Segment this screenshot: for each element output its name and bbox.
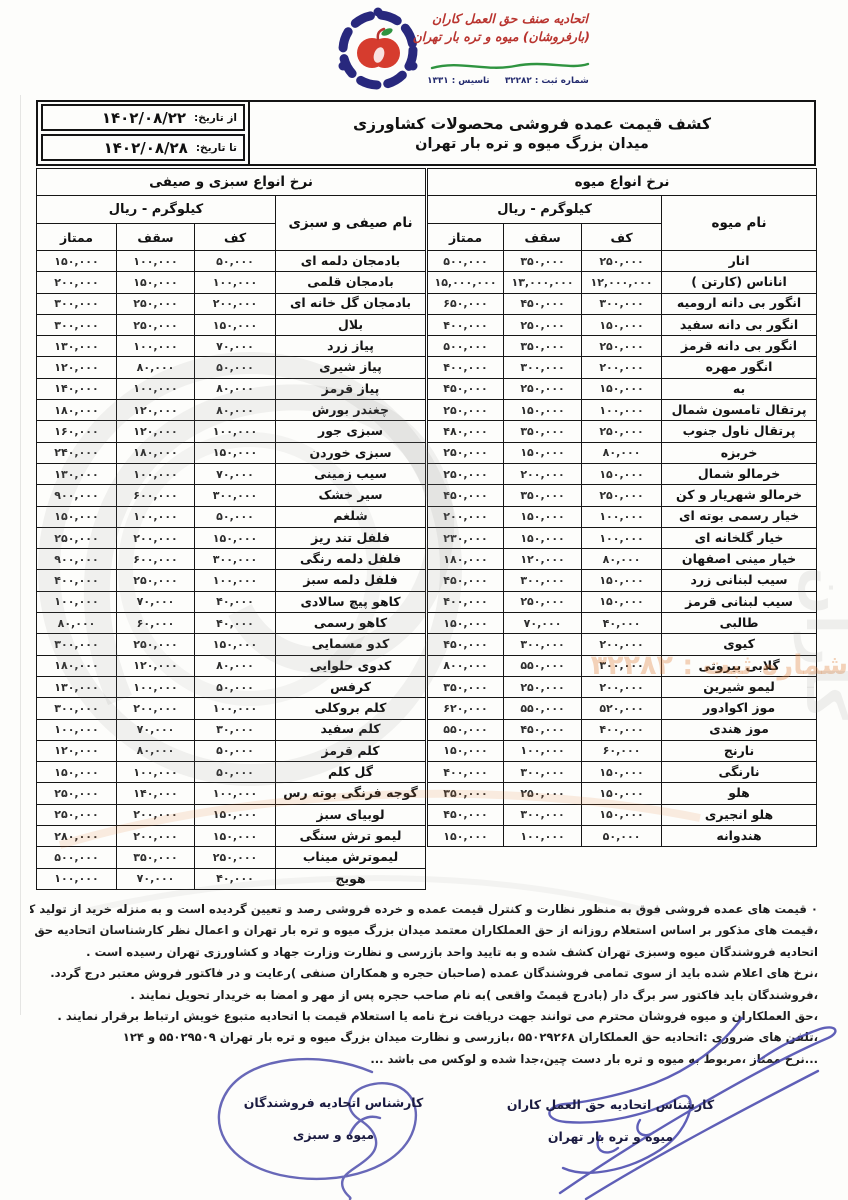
item-name-cell: خربزه bbox=[662, 442, 817, 463]
floor-price-cell: ۱۵۰,۰۰۰ bbox=[582, 591, 662, 612]
floor-price-cell: ۴۰,۰۰۰ bbox=[195, 613, 276, 634]
item-name-cell: انگور بی دانه قرمز bbox=[662, 336, 817, 357]
table-row: سیر خشک۳۰۰,۰۰۰۶۰۰,۰۰۰۹۰۰,۰۰۰ bbox=[37, 485, 426, 506]
item-name-cell: انگور بی دانه سفید bbox=[662, 314, 817, 335]
table-row: اناناس (کارتن )۱۲,۰۰۰,۰۰۰۱۳,۰۰۰,۰۰۰۱۵,۰۰… bbox=[428, 272, 817, 293]
item-name-cell: هلو انجیری bbox=[662, 804, 817, 825]
premium-price-cell: ۱۳۰,۰۰۰ bbox=[37, 463, 117, 484]
floor-price-cell: ۱۵۰,۰۰۰ bbox=[195, 804, 276, 825]
table-row: پرتقال تامسون شمال۱۰۰,۰۰۰۱۵۰,۰۰۰۲۵۰,۰۰۰ bbox=[428, 400, 817, 421]
premium-price-cell: ۳۰۰,۰۰۰ bbox=[37, 314, 117, 335]
ceiling-price-cell: ۲۵۰,۰۰۰ bbox=[117, 634, 195, 655]
floor-price-cell: ۴۰۰,۰۰۰ bbox=[582, 719, 662, 740]
item-name-cell: خیار گلخانه ای bbox=[662, 527, 817, 548]
premium-price-cell: ۲۳۰,۰۰۰ bbox=[428, 527, 504, 548]
logo-registration-number: شماره ثبت : ۳۲۲۸۲ bbox=[505, 76, 589, 86]
premium-price-cell: ۱۴۰,۰۰۰ bbox=[37, 378, 117, 399]
union-logo: اتحادیه صنف حق العمل کاران (بارفروشان) م… bbox=[334, 4, 590, 98]
table-row: گلابی بیروتی۳۰۰,۰۰۰۵۵۰,۰۰۰۸۰۰,۰۰۰ bbox=[428, 655, 817, 676]
floor-price-cell: ۲۵۰,۰۰۰ bbox=[582, 421, 662, 442]
item-name-cell: انار bbox=[662, 251, 817, 272]
ceiling-price-cell: ۶۰۰,۰۰۰ bbox=[117, 485, 195, 506]
table-row: بلال۱۵۰,۰۰۰۲۵۰,۰۰۰۳۰۰,۰۰۰ bbox=[37, 314, 426, 335]
fruit-name-header: نام میوه bbox=[662, 196, 817, 251]
item-name-cell: نارنگی bbox=[662, 762, 817, 783]
to-date-cell: تا تاریخ: ۱۴۰۲/۰۸/۲۸ bbox=[41, 134, 245, 161]
footnote-line: ،حق العملکاران و میوه فروشان محترم می تو… bbox=[30, 1006, 818, 1027]
floor-price-cell: ۳۰۰,۰۰۰ bbox=[195, 549, 276, 570]
table-row: کاهو رسمی۴۰,۰۰۰۶۰,۰۰۰۸۰,۰۰۰ bbox=[37, 613, 426, 634]
item-name-cell: طالبی bbox=[662, 613, 817, 634]
table-row: خرمالو شمال۱۵۰,۰۰۰۲۰۰,۰۰۰۲۵۰,۰۰۰ bbox=[428, 463, 817, 484]
item-name-cell: خیار مینی اصفهان bbox=[662, 549, 817, 570]
premium-price-cell: ۴۰۰,۰۰۰ bbox=[37, 570, 117, 591]
table-row: پیاز شیری۵۰,۰۰۰۸۰,۰۰۰۱۲۰,۰۰۰ bbox=[37, 357, 426, 378]
ceiling-price-cell: ۱۲۰,۰۰۰ bbox=[117, 655, 195, 676]
header-divider bbox=[248, 102, 250, 164]
table-row: خربزه۸۰,۰۰۰۱۵۰,۰۰۰۲۵۰,۰۰۰ bbox=[428, 442, 817, 463]
premium-price-cell: ۶۲۰,۰۰۰ bbox=[428, 698, 504, 719]
premium-price-cell: ۱۶۰,۰۰۰ bbox=[37, 421, 117, 442]
ceiling-price-cell: ۲۵۰,۰۰۰ bbox=[117, 570, 195, 591]
floor-price-cell: ۱۵۰,۰۰۰ bbox=[582, 783, 662, 804]
item-name-cell: هلو bbox=[662, 783, 817, 804]
item-name-cell: فلفل تند ریز bbox=[276, 527, 426, 548]
premium-price-cell: ۴۸۰,۰۰۰ bbox=[428, 421, 504, 442]
ceiling-price-cell: ۸۰,۰۰۰ bbox=[117, 357, 195, 378]
premium-price-cell: ۹۰۰,۰۰۰ bbox=[37, 485, 117, 506]
table-row: لیمو ترش سنگی۱۵۰,۰۰۰۲۰۰,۰۰۰۲۸۰,۰۰۰ bbox=[37, 826, 426, 847]
floor-price-cell: ۶۰,۰۰۰ bbox=[582, 740, 662, 761]
ceiling-price-cell: ۳۰۰,۰۰۰ bbox=[504, 570, 582, 591]
premium-price-cell: ۲۵۰,۰۰۰ bbox=[428, 400, 504, 421]
footnote-line: اتحادیه فروشندگان میوه وسبزی تهران کشف ش… bbox=[30, 942, 818, 963]
floor-price-cell: ۴۰,۰۰۰ bbox=[195, 868, 276, 889]
floor-price-cell: ۱۰۰,۰۰۰ bbox=[582, 400, 662, 421]
table-row: طالبی۴۰,۰۰۰۷۰,۰۰۰۱۵۰,۰۰۰ bbox=[428, 613, 817, 634]
logo-title-line1: اتحادیه صنف حق العمل کاران bbox=[430, 10, 590, 28]
floor-price-cell: ۵۰,۰۰۰ bbox=[582, 826, 662, 847]
logo-registration: شماره ثبت : ۳۲۲۸۲ تاسیس : ۱۳۳۱ bbox=[418, 76, 598, 86]
floor-price-cell: ۲۰۰,۰۰۰ bbox=[195, 293, 276, 314]
right-signature-line2: میوه و تره بار تهران bbox=[498, 1128, 723, 1146]
floor-price-cell: ۱۰۰,۰۰۰ bbox=[195, 783, 276, 804]
fruit-price-table: نرخ انواع میوه نام میوه کیلوگرم - ریال ک… bbox=[427, 168, 817, 847]
floor-price-cell: ۵۰,۰۰۰ bbox=[195, 357, 276, 378]
item-name-cell: کلم بروکلی bbox=[276, 698, 426, 719]
item-name-cell: بادمجان گل خانه ای bbox=[276, 293, 426, 314]
footnote-line: ،فروشندگان باید فاکتور سر برگ دار (بادرج… bbox=[30, 985, 818, 1006]
from-date-cell: از تاریخ: ۱۴۰۲/۰۸/۲۲ bbox=[41, 104, 245, 131]
table-row: کاهو پیچ سالادی۴۰,۰۰۰۷۰,۰۰۰۱۰۰,۰۰۰ bbox=[37, 591, 426, 612]
ceiling-price-cell: ۶۰,۰۰۰ bbox=[117, 613, 195, 634]
table-row: موز اکوادور۵۲۰,۰۰۰۵۵۰,۰۰۰۶۲۰,۰۰۰ bbox=[428, 698, 817, 719]
table-row: خیار گلخانه ای۱۰۰,۰۰۰۱۵۰,۰۰۰۲۳۰,۰۰۰ bbox=[428, 527, 817, 548]
table-row: پیاز قرمز۸۰,۰۰۰۱۰۰,۰۰۰۱۴۰,۰۰۰ bbox=[37, 378, 426, 399]
ceiling-price-cell: ۲۵۰,۰۰۰ bbox=[117, 314, 195, 335]
table-row: کلم قرمز۵۰,۰۰۰۸۰,۰۰۰۱۲۰,۰۰۰ bbox=[37, 740, 426, 761]
item-name-cell: گلابی بیروتی bbox=[662, 655, 817, 676]
item-name-cell: لوبیای سبز bbox=[276, 804, 426, 825]
table-row: بادمجان دلمه ای۵۰,۰۰۰۱۰۰,۰۰۰۱۵۰,۰۰۰ bbox=[37, 251, 426, 272]
floor-price-cell: ۵۲۰,۰۰۰ bbox=[582, 698, 662, 719]
fruit-section-title: نرخ انواع میوه bbox=[428, 169, 817, 196]
union-emblem-icon bbox=[334, 6, 422, 94]
left-signature-line1: کارشناس اتحادیه فروشندگان bbox=[236, 1094, 431, 1112]
ceiling-price-cell: ۱۳,۰۰۰,۰۰۰ bbox=[504, 272, 582, 293]
item-name-cell: فلفل دلمه رنگی bbox=[276, 549, 426, 570]
floor-price-cell: ۳۰۰,۰۰۰ bbox=[582, 293, 662, 314]
floor-price-cell: ۲۰۰,۰۰۰ bbox=[582, 357, 662, 378]
table-row: کلم سفید۳۰,۰۰۰۷۰,۰۰۰۱۰۰,۰۰۰ bbox=[37, 719, 426, 740]
footnote-line: ۰ قیمت های عمده فروشی فوق به منظور نظارت… bbox=[30, 899, 818, 920]
table-row: هلو۱۵۰,۰۰۰۲۵۰,۰۰۰۳۵۰,۰۰۰ bbox=[428, 783, 817, 804]
ceiling-price-cell: ۱۰۰,۰۰۰ bbox=[117, 762, 195, 783]
table-row: لوبیای سبز۱۵۰,۰۰۰۲۰۰,۰۰۰۲۵۰,۰۰۰ bbox=[37, 804, 426, 825]
ceiling-price-cell: ۷۰,۰۰۰ bbox=[504, 613, 582, 634]
footnote-line: ،نرخ های اعلام شده باید از سوی تمامی فرو… bbox=[30, 963, 818, 984]
footnotes: ۰ قیمت های عمده فروشی فوق به منظور نظارت… bbox=[30, 899, 818, 1070]
item-name-cell: کدوی حلوایی bbox=[276, 655, 426, 676]
table-row: گوجه فرنگی بوته رس۱۰۰,۰۰۰۱۴۰,۰۰۰۲۵۰,۰۰۰ bbox=[37, 783, 426, 804]
premium-price-cell: ۱۵,۰۰۰,۰۰۰ bbox=[428, 272, 504, 293]
floor-price-cell: ۸۰,۰۰۰ bbox=[195, 400, 276, 421]
floor-price-cell: ۵۰,۰۰۰ bbox=[195, 251, 276, 272]
table-row: فلفل دلمه رنگی۳۰۰,۰۰۰۶۰۰,۰۰۰۹۰۰,۰۰۰ bbox=[37, 549, 426, 570]
logo-established-year: تاسیس : ۱۳۳۱ bbox=[427, 76, 489, 86]
item-name-cell: پرتقال ناول جنوب bbox=[662, 421, 817, 442]
premium-price-cell: ۳۵۰,۰۰۰ bbox=[428, 676, 504, 697]
item-name-cell: سیر خشک bbox=[276, 485, 426, 506]
ceiling-price-cell: ۳۰۰,۰۰۰ bbox=[504, 804, 582, 825]
floor-price-cell: ۱۵۰,۰۰۰ bbox=[582, 570, 662, 591]
premium-price-cell: ۱۵۰,۰۰۰ bbox=[428, 740, 504, 761]
table-row: کلم بروکلی۱۰۰,۰۰۰۲۰۰,۰۰۰۳۰۰,۰۰۰ bbox=[37, 698, 426, 719]
table-row: پرتقال ناول جنوب۲۵۰,۰۰۰۳۵۰,۰۰۰۴۸۰,۰۰۰ bbox=[428, 421, 817, 442]
floor-price-cell: ۱۵۰,۰۰۰ bbox=[195, 314, 276, 335]
item-name-cell: سیب لبنانی قرمز bbox=[662, 591, 817, 612]
ceiling-price-cell: ۲۰۰,۰۰۰ bbox=[117, 698, 195, 719]
floor-price-cell: ۱۰۰,۰۰۰ bbox=[195, 698, 276, 719]
premium-price-cell: ۵۵۰,۰۰۰ bbox=[428, 719, 504, 740]
table-row: هلو انجیری۱۵۰,۰۰۰۳۰۰,۰۰۰۴۵۰,۰۰۰ bbox=[428, 804, 817, 825]
table-row: کدو مسمایی۱۵۰,۰۰۰۲۵۰,۰۰۰۳۰۰,۰۰۰ bbox=[37, 634, 426, 655]
premium-price-cell: ۲۵۰,۰۰۰ bbox=[37, 783, 117, 804]
table-row: به۱۵۰,۰۰۰۲۵۰,۰۰۰۴۵۰,۰۰۰ bbox=[428, 378, 817, 399]
floor-price-cell: ۴۰,۰۰۰ bbox=[582, 613, 662, 634]
ceiling-price-cell: ۸۰,۰۰۰ bbox=[117, 740, 195, 761]
veg-ceiling-header: سقف bbox=[117, 224, 195, 251]
premium-price-cell: ۱۰۰,۰۰۰ bbox=[37, 719, 117, 740]
table-row: موز هندی۴۰۰,۰۰۰۴۵۰,۰۰۰۵۵۰,۰۰۰ bbox=[428, 719, 817, 740]
floor-price-cell: ۲۵۰,۰۰۰ bbox=[582, 485, 662, 506]
ceiling-price-cell: ۱۵۰,۰۰۰ bbox=[504, 400, 582, 421]
table-row: سیب لبنانی قرمز۱۵۰,۰۰۰۲۵۰,۰۰۰۴۰۰,۰۰۰ bbox=[428, 591, 817, 612]
item-name-cell: پیاز شیری bbox=[276, 357, 426, 378]
floor-price-cell: ۷۰,۰۰۰ bbox=[195, 463, 276, 484]
ceiling-price-cell: ۱۰۰,۰۰۰ bbox=[117, 676, 195, 697]
left-signature-line2: میوه و سبزی bbox=[236, 1126, 431, 1144]
item-name-cell: چغندر بورش bbox=[276, 400, 426, 421]
table-row: انگور بی دانه قرمز۲۵۰,۰۰۰۳۵۰,۰۰۰۵۰۰,۰۰۰ bbox=[428, 336, 817, 357]
floor-price-cell: ۲۰۰,۰۰۰ bbox=[582, 676, 662, 697]
floor-price-cell: ۳۰,۰۰۰ bbox=[195, 719, 276, 740]
right-signature-title: کارشناس اتحادیه حق العمل کاران میوه و تر… bbox=[498, 1096, 723, 1146]
floor-price-cell: ۲۵۰,۰۰۰ bbox=[195, 847, 276, 868]
premium-price-cell: ۳۰۰,۰۰۰ bbox=[37, 293, 117, 314]
table-row: بادمجان گل خانه ای۲۰۰,۰۰۰۲۵۰,۰۰۰۳۰۰,۰۰۰ bbox=[37, 293, 426, 314]
table-row: هندوانه۵۰,۰۰۰۱۰۰,۰۰۰۱۵۰,۰۰۰ bbox=[428, 826, 817, 847]
item-name-cell: هندوانه bbox=[662, 826, 817, 847]
ceiling-price-cell: ۳۵۰,۰۰۰ bbox=[504, 251, 582, 272]
item-name-cell: نارنج bbox=[662, 740, 817, 761]
premium-price-cell: ۵۰۰,۰۰۰ bbox=[428, 336, 504, 357]
table-row: شلغم۵۰,۰۰۰۱۰۰,۰۰۰۱۵۰,۰۰۰ bbox=[37, 506, 426, 527]
floor-price-cell: ۱۲,۰۰۰,۰۰۰ bbox=[582, 272, 662, 293]
document-header: کشف قیمت عمده فروشی محصولات کشاورزی میدا… bbox=[36, 100, 816, 166]
from-date-value: ۱۴۰۲/۰۸/۲۲ bbox=[102, 109, 186, 127]
floor-price-cell: ۵۰,۰۰۰ bbox=[195, 506, 276, 527]
floor-price-cell: ۳۰۰,۰۰۰ bbox=[582, 655, 662, 676]
date-panel: از تاریخ: ۱۴۰۲/۰۸/۲۲ تا تاریخ: ۱۴۰۲/۰۸/۲… bbox=[41, 104, 245, 162]
item-name-cell: سیب لبنانی زرد bbox=[662, 570, 817, 591]
ceiling-price-cell: ۳۵۰,۰۰۰ bbox=[504, 421, 582, 442]
item-name-cell: خرمالو شهریار و کن bbox=[662, 485, 817, 506]
item-name-cell: کیوی bbox=[662, 634, 817, 655]
ceiling-price-cell: ۳۰۰,۰۰۰ bbox=[504, 357, 582, 378]
premium-price-cell: ۴۵۰,۰۰۰ bbox=[428, 634, 504, 655]
table-row: سبزی خوردن۱۵۰,۰۰۰۱۸۰,۰۰۰۲۴۰,۰۰۰ bbox=[37, 442, 426, 463]
item-name-cell: پیاز قرمز bbox=[276, 378, 426, 399]
item-name-cell: کلم قرمز bbox=[276, 740, 426, 761]
item-name-cell: اناناس (کارتن ) bbox=[662, 272, 817, 293]
table-row: پیاز زرد۷۰,۰۰۰۱۰۰,۰۰۰۱۳۰,۰۰۰ bbox=[37, 336, 426, 357]
premium-price-cell: ۱۳۰,۰۰۰ bbox=[37, 676, 117, 697]
table-row: سیب زمینی۷۰,۰۰۰۱۰۰,۰۰۰۱۳۰,۰۰۰ bbox=[37, 463, 426, 484]
item-name-cell: انگور مهره bbox=[662, 357, 817, 378]
ceiling-price-cell: ۱۵۰,۰۰۰ bbox=[117, 272, 195, 293]
premium-price-cell: ۱۲۰,۰۰۰ bbox=[37, 357, 117, 378]
veg-premium-header: ممتاز bbox=[37, 224, 117, 251]
table-row: انگور بی دانه ارومیه۳۰۰,۰۰۰۴۵۰,۰۰۰۶۵۰,۰۰… bbox=[428, 293, 817, 314]
table-row: انگور بی دانه سفید۱۵۰,۰۰۰۲۵۰,۰۰۰۴۰۰,۰۰۰ bbox=[428, 314, 817, 335]
table-row: گل کلم۵۰,۰۰۰۱۰۰,۰۰۰۱۵۰,۰۰۰ bbox=[37, 762, 426, 783]
logo-wave-icon bbox=[430, 60, 590, 72]
premium-price-cell: ۳۰۰,۰۰۰ bbox=[37, 634, 117, 655]
ceiling-price-cell: ۳۵۰,۰۰۰ bbox=[117, 847, 195, 868]
premium-price-cell: ۴۵۰,۰۰۰ bbox=[428, 570, 504, 591]
footnote-line: ،قیمت های مذکور بر اساس استعلام روزانه ا… bbox=[30, 920, 818, 941]
ceiling-price-cell: ۲۵۰,۰۰۰ bbox=[504, 378, 582, 399]
ceiling-price-cell: ۲۰۰,۰۰۰ bbox=[504, 463, 582, 484]
table-row: نارنج۶۰,۰۰۰۱۰۰,۰۰۰۱۵۰,۰۰۰ bbox=[428, 740, 817, 761]
item-name-cell: موز اکوادور bbox=[662, 698, 817, 719]
floor-price-cell: ۵۰,۰۰۰ bbox=[195, 762, 276, 783]
premium-price-cell: ۱۵۰,۰۰۰ bbox=[37, 251, 117, 272]
ceiling-price-cell: ۱۴۰,۰۰۰ bbox=[117, 783, 195, 804]
ceiling-price-cell: ۳۰۰,۰۰۰ bbox=[504, 634, 582, 655]
premium-price-cell: ۱۰۰,۰۰۰ bbox=[37, 591, 117, 612]
item-name-cell: خیار رسمی بوته ای bbox=[662, 506, 817, 527]
premium-price-cell: ۱۰۰,۰۰۰ bbox=[37, 868, 117, 889]
ceiling-price-cell: ۲۵۰,۰۰۰ bbox=[504, 783, 582, 804]
premium-price-cell: ۱۵۰,۰۰۰ bbox=[428, 826, 504, 847]
fruit-premium-header: ممتاز bbox=[428, 224, 504, 251]
floor-price-cell: ۵۰,۰۰۰ bbox=[195, 740, 276, 761]
premium-price-cell: ۱۲۰,۰۰۰ bbox=[37, 740, 117, 761]
floor-price-cell: ۱۵۰,۰۰۰ bbox=[195, 442, 276, 463]
ceiling-price-cell: ۱۵۰,۰۰۰ bbox=[504, 442, 582, 463]
fruit-floor-header: کف bbox=[582, 224, 662, 251]
ceiling-price-cell: ۴۵۰,۰۰۰ bbox=[504, 719, 582, 740]
ceiling-price-cell: ۱۲۰,۰۰۰ bbox=[117, 421, 195, 442]
item-name-cell: لیمو ترش سنگی bbox=[276, 826, 426, 847]
ceiling-price-cell: ۷۰,۰۰۰ bbox=[117, 868, 195, 889]
table-row: خرمالو شهریار و کن۲۵۰,۰۰۰۳۵۰,۰۰۰۴۵۰,۰۰۰ bbox=[428, 485, 817, 506]
scan-fold-line bbox=[20, 95, 21, 1015]
ceiling-price-cell: ۱۰۰,۰۰۰ bbox=[117, 463, 195, 484]
floor-price-cell: ۱۰۰,۰۰۰ bbox=[195, 421, 276, 442]
floor-price-cell: ۱۵۰,۰۰۰ bbox=[582, 762, 662, 783]
table-row: کرفس۵۰,۰۰۰۱۰۰,۰۰۰۱۳۰,۰۰۰ bbox=[37, 676, 426, 697]
to-date-label: تا تاریخ: bbox=[196, 142, 237, 154]
premium-price-cell: ۴۵۰,۰۰۰ bbox=[428, 804, 504, 825]
veg-name-header: نام صیفی و سبزی bbox=[276, 196, 426, 251]
premium-price-cell: ۵۰۰,۰۰۰ bbox=[37, 847, 117, 868]
floor-price-cell: ۱۰۰,۰۰۰ bbox=[195, 570, 276, 591]
table-row: هویج۴۰,۰۰۰۷۰,۰۰۰۱۰۰,۰۰۰ bbox=[37, 868, 426, 889]
item-name-cell: کلم سفید bbox=[276, 719, 426, 740]
ceiling-price-cell: ۳۵۰,۰۰۰ bbox=[504, 485, 582, 506]
premium-price-cell: ۴۰۰,۰۰۰ bbox=[428, 591, 504, 612]
ceiling-price-cell: ۱۵۰,۰۰۰ bbox=[504, 506, 582, 527]
ceiling-price-cell: ۲۵۰,۰۰۰ bbox=[504, 314, 582, 335]
item-name-cell: گل کلم bbox=[276, 762, 426, 783]
ceiling-price-cell: ۱۵۰,۰۰۰ bbox=[504, 527, 582, 548]
item-name-cell: خرمالو شمال bbox=[662, 463, 817, 484]
floor-price-cell: ۱۰۰,۰۰۰ bbox=[195, 272, 276, 293]
table-row: انگور مهره۲۰۰,۰۰۰۳۰۰,۰۰۰۴۰۰,۰۰۰ bbox=[428, 357, 817, 378]
table-row: خیار مینی اصفهان۸۰,۰۰۰۱۲۰,۰۰۰۱۸۰,۰۰۰ bbox=[428, 549, 817, 570]
table-row: انار۲۵۰,۰۰۰۳۵۰,۰۰۰۵۰۰,۰۰۰ bbox=[428, 251, 817, 272]
premium-price-cell: ۸۰,۰۰۰ bbox=[37, 613, 117, 634]
premium-price-cell: ۲۰۰,۰۰۰ bbox=[37, 272, 117, 293]
premium-price-cell: ۸۰۰,۰۰۰ bbox=[428, 655, 504, 676]
floor-price-cell: ۳۰۰,۰۰۰ bbox=[195, 485, 276, 506]
item-name-cell: سبزی جور bbox=[276, 421, 426, 442]
ceiling-price-cell: ۷۰,۰۰۰ bbox=[117, 591, 195, 612]
floor-price-cell: ۱۰۰,۰۰۰ bbox=[582, 527, 662, 548]
premium-price-cell: ۱۸۰,۰۰۰ bbox=[37, 655, 117, 676]
table-row: فلفل دلمه سبز۱۰۰,۰۰۰۲۵۰,۰۰۰۴۰۰,۰۰۰ bbox=[37, 570, 426, 591]
premium-price-cell: ۱۵۰,۰۰۰ bbox=[428, 613, 504, 634]
floor-price-cell: ۸۰,۰۰۰ bbox=[195, 655, 276, 676]
vegetable-price-table: نرخ انواع سبزی و صیفی نام صیفی و سبزی کی… bbox=[36, 168, 426, 890]
item-name-cell: لیموترش میناب bbox=[276, 847, 426, 868]
premium-price-cell: ۴۰۰,۰۰۰ bbox=[428, 357, 504, 378]
item-name-cell: پیاز زرد bbox=[276, 336, 426, 357]
ceiling-price-cell: ۱۰۰,۰۰۰ bbox=[117, 506, 195, 527]
table-row: لیمو شیرین۲۰۰,۰۰۰۲۵۰,۰۰۰۳۵۰,۰۰۰ bbox=[428, 676, 817, 697]
floor-price-cell: ۲۵۰,۰۰۰ bbox=[582, 251, 662, 272]
item-name-cell: کاهو پیچ سالادی bbox=[276, 591, 426, 612]
table-row: نارنگی۱۵۰,۰۰۰۳۰۰,۰۰۰۴۰۰,۰۰۰ bbox=[428, 762, 817, 783]
table-row: بادمجان قلمی۱۰۰,۰۰۰۱۵۰,۰۰۰۲۰۰,۰۰۰ bbox=[37, 272, 426, 293]
premium-price-cell: ۲۵۰,۰۰۰ bbox=[37, 804, 117, 825]
ceiling-price-cell: ۳۰۰,۰۰۰ bbox=[504, 762, 582, 783]
premium-price-cell: ۲۵۰,۰۰۰ bbox=[37, 527, 117, 548]
premium-price-cell: ۱۸۰,۰۰۰ bbox=[428, 549, 504, 570]
floor-price-cell: ۱۵۰,۰۰۰ bbox=[582, 804, 662, 825]
item-name-cell: به bbox=[662, 378, 817, 399]
ceiling-price-cell: ۲۰۰,۰۰۰ bbox=[117, 826, 195, 847]
item-name-cell: کرفس bbox=[276, 676, 426, 697]
ceiling-price-cell: ۳۵۰,۰۰۰ bbox=[504, 336, 582, 357]
item-name-cell: فلفل دلمه سبز bbox=[276, 570, 426, 591]
item-name-cell: پرتقال تامسون شمال bbox=[662, 400, 817, 421]
veg-unit-header: کیلوگرم - ریال bbox=[37, 196, 276, 224]
ceiling-price-cell: ۲۰۰,۰۰۰ bbox=[117, 527, 195, 548]
floor-price-cell: ۱۵۰,۰۰۰ bbox=[195, 527, 276, 548]
ceiling-price-cell: ۷۰,۰۰۰ bbox=[117, 719, 195, 740]
ceiling-price-cell: ۱۲۰,۰۰۰ bbox=[117, 400, 195, 421]
ceiling-price-cell: ۲۵۰,۰۰۰ bbox=[117, 293, 195, 314]
item-name-cell: سبزی خوردن bbox=[276, 442, 426, 463]
veg-section-title: نرخ انواع سبزی و صیفی bbox=[37, 169, 426, 196]
premium-price-cell: ۲۰۰,۰۰۰ bbox=[428, 506, 504, 527]
ceiling-price-cell: ۶۰۰,۰۰۰ bbox=[117, 549, 195, 570]
ceiling-price-cell: ۱۰۰,۰۰۰ bbox=[504, 826, 582, 847]
premium-price-cell: ۴۰۰,۰۰۰ bbox=[428, 762, 504, 783]
logo-title-line2: (بارفروشان) میوه و تره بار تهران bbox=[430, 28, 590, 46]
to-date-value: ۱۴۰۲/۰۸/۲۸ bbox=[104, 139, 188, 157]
floor-price-cell: ۱۵۰,۰۰۰ bbox=[195, 634, 276, 655]
table-row: سیب لبنانی زرد۱۵۰,۰۰۰۳۰۰,۰۰۰۴۵۰,۰۰۰ bbox=[428, 570, 817, 591]
item-name-cell: گوجه فرنگی بوته رس bbox=[276, 783, 426, 804]
premium-price-cell: ۱۸۰,۰۰۰ bbox=[37, 400, 117, 421]
premium-price-cell: ۲۸۰,۰۰۰ bbox=[37, 826, 117, 847]
floor-price-cell: ۱۵۰,۰۰۰ bbox=[195, 826, 276, 847]
item-name-cell: بادمجان دلمه ای bbox=[276, 251, 426, 272]
floor-price-cell: ۷۰,۰۰۰ bbox=[195, 336, 276, 357]
floor-price-cell: ۴۰,۰۰۰ bbox=[195, 591, 276, 612]
ceiling-price-cell: ۱۰۰,۰۰۰ bbox=[504, 740, 582, 761]
ceiling-price-cell: ۱۰۰,۰۰۰ bbox=[117, 251, 195, 272]
ceiling-price-cell: ۲۵۰,۰۰۰ bbox=[504, 591, 582, 612]
page-title: کشف قیمت عمده فروشی محصولات کشاورزی bbox=[353, 115, 711, 133]
item-name-cell: لیمو شیرین bbox=[662, 676, 817, 697]
premium-price-cell: ۲۵۰,۰۰۰ bbox=[428, 442, 504, 463]
footnote-line: ،تلفن های ضروری :اتحادیه حق العملکاران ۵… bbox=[30, 1027, 818, 1048]
item-name-cell: انگور بی دانه ارومیه bbox=[662, 293, 817, 314]
item-name-cell: کدو مسمایی bbox=[276, 634, 426, 655]
premium-price-cell: ۴۰۰,۰۰۰ bbox=[428, 314, 504, 335]
table-row: لیموترش میناب۲۵۰,۰۰۰۳۵۰,۰۰۰۵۰۰,۰۰۰ bbox=[37, 847, 426, 868]
item-name-cell: موز هندی bbox=[662, 719, 817, 740]
premium-price-cell: ۱۳۰,۰۰۰ bbox=[37, 336, 117, 357]
ceiling-price-cell: ۲۰۰,۰۰۰ bbox=[117, 804, 195, 825]
scanned-price-list-document: اتحادیه صنف حق العمل کاران (بارفروشان) م… bbox=[0, 0, 848, 1200]
premium-price-cell: ۲۴۰,۰۰۰ bbox=[37, 442, 117, 463]
floor-price-cell: ۱۵۰,۰۰۰ bbox=[582, 378, 662, 399]
item-name-cell: کاهو رسمی bbox=[276, 613, 426, 634]
page-subtitle: میدان بزرگ میوه و تره بار تهران bbox=[415, 136, 649, 152]
ceiling-price-cell: ۵۵۰,۰۰۰ bbox=[504, 655, 582, 676]
floor-price-cell: ۲۰۰,۰۰۰ bbox=[582, 634, 662, 655]
fruit-ceiling-header: سقف bbox=[504, 224, 582, 251]
item-name-cell: شلغم bbox=[276, 506, 426, 527]
table-row: فلفل تند ریز۱۵۰,۰۰۰۲۰۰,۰۰۰۲۵۰,۰۰۰ bbox=[37, 527, 426, 548]
